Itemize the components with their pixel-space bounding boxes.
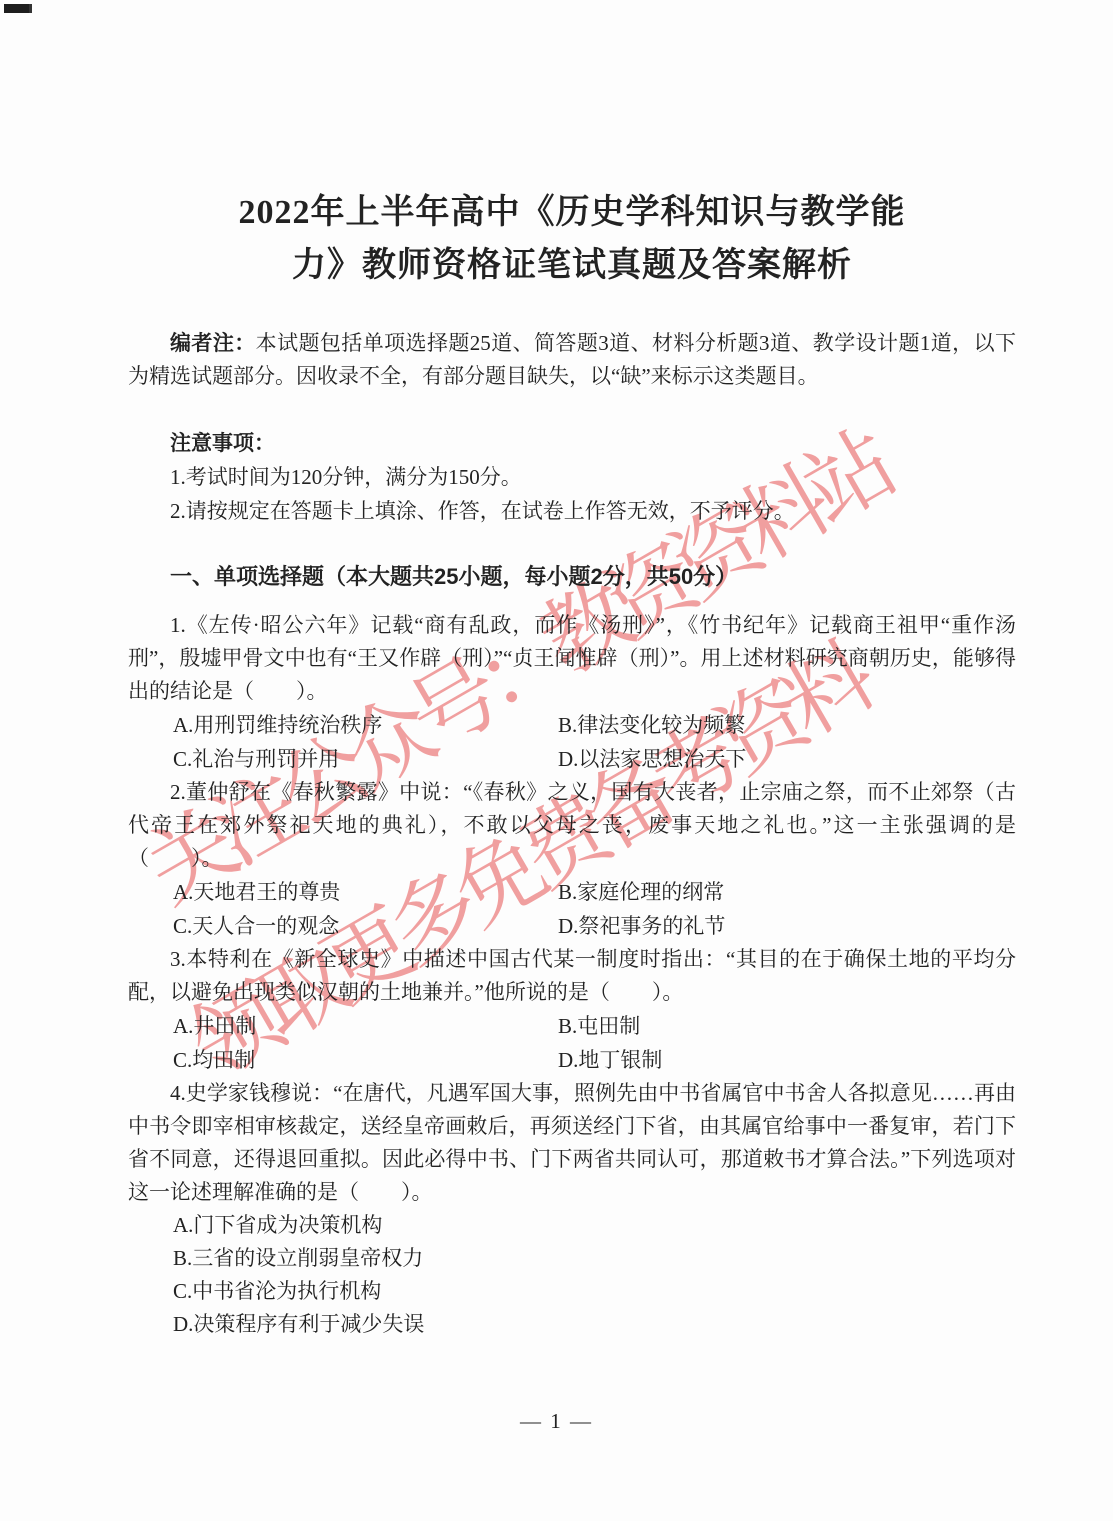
notice-item: 2.请按规定在答题卡上填涂、作答，在试卷上作答无效，不予评分。	[128, 494, 1016, 528]
question-3: 3.本特利在《新全球史》中描述中国古代某一制度时指出：“其目的在于确保土地的平均…	[128, 943, 1016, 1077]
section-heading: 一、单项选择题（本大题共25小题，每小题2分，共50分）	[128, 560, 1016, 593]
scanned-exam-page: 关注公众号：教资资料站 领取更多免费备考资料 2022年上半年高中《历史学科知识…	[0, 0, 1113, 1521]
option-d: D.地丁银制	[558, 1043, 662, 1077]
question-3-stem: 3.本特利在《新全球史》中描述中国古代某一制度时指出：“其目的在于确保土地的平均…	[128, 943, 1016, 1009]
question-2-stem: 2.董仲舒在《春秋繁露》中说：“《春秋》之义，国有大丧者，止宗庙之祭，而不止郊祭…	[128, 776, 1016, 875]
question-4: 4.史学家钱穆说：“在唐代，凡遇军国大事，照例先由中书省属官中书舍人各拟意见………	[128, 1077, 1016, 1341]
option-a: A.井田制	[173, 1009, 558, 1043]
question-1-stem: 1.《左传·昭公六年》记载“商有乱政，而作《汤刑》”，《竹书纪年》记载商王祖甲“…	[128, 609, 1016, 708]
question-1-options-row-1: A.用刑罚维持统治秩序 B.律法变化较为频繁	[128, 708, 1016, 742]
notice-item: 1.考试时间为120分钟，满分为150分。	[128, 460, 1016, 494]
question-3-options-row-2: C.均田制 D.地丁银制	[128, 1043, 1016, 1077]
option-d: D.决策程序有利于减少失误	[128, 1308, 1016, 1341]
option-a: A.用刑罚维持统治秩序	[173, 708, 558, 742]
option-b: B.家庭伦理的纲常	[558, 875, 724, 909]
scan-corner-mark	[4, 4, 32, 13]
option-d: D.祭祀事务的礼节	[558, 909, 725, 943]
editor-note-label: 编者注：	[170, 332, 256, 355]
editor-note-text: 本试题包括单项选择题25道、简答题3道、材料分析题3道、教学设计题1道，以下为精…	[128, 331, 1016, 388]
option-c: C.均田制	[173, 1043, 558, 1077]
question-4-stem: 4.史学家钱穆说：“在唐代，凡遇军国大事，照例先由中书省属官中书舍人各拟意见………	[128, 1077, 1016, 1209]
option-b: B.律法变化较为频繁	[558, 708, 745, 742]
question-1: 1.《左传·昭公六年》记载“商有乱政，而作《汤刑》”，《竹书纪年》记载商王祖甲“…	[128, 609, 1016, 776]
question-2-options-row-1: A.天地君王的尊贵 B.家庭伦理的纲常	[128, 875, 1016, 909]
notice-section: 注意事项： 1.考试时间为120分钟，满分为150分。 2.请按规定在答题卡上填…	[128, 427, 1016, 528]
option-d: D.以法家思想治天下	[558, 742, 746, 776]
document-title: 2022年上半年高中《历史学科知识与教学能 力》教师资格证笔试真题及答案解析	[128, 186, 1016, 292]
option-b: B.屯田制	[558, 1009, 640, 1043]
option-c: C.天人合一的观念	[173, 909, 558, 943]
page-number: — 1 —	[0, 1406, 1113, 1436]
title-line-1: 2022年上半年高中《历史学科知识与教学能	[239, 194, 906, 231]
option-b: B.三省的设立削弱皇帝权力	[128, 1242, 1016, 1275]
option-c: C.礼治与刑罚并用	[173, 742, 558, 776]
question-2: 2.董仲舒在《春秋繁露》中说：“《春秋》之义，国有大丧者，止宗庙之祭，而不止郊祭…	[128, 776, 1016, 943]
option-c: C.中书省沦为执行机构	[128, 1275, 1016, 1308]
question-2-options-row-2: C.天人合一的观念 D.祭祀事务的礼节	[128, 909, 1016, 943]
option-a: A.门下省成为决策机构	[128, 1209, 1016, 1242]
question-3-options-row-1: A.井田制 B.屯田制	[128, 1009, 1016, 1043]
option-a: A.天地君王的尊贵	[173, 875, 558, 909]
editor-note: 编者注：本试题包括单项选择题25道、简答题3道、材料分析题3道、教学设计题1道，…	[128, 327, 1016, 393]
question-1-options-row-2: C.礼治与刑罚并用 D.以法家思想治天下	[128, 742, 1016, 776]
notice-heading: 注意事项：	[128, 427, 1016, 460]
document-body: 2022年上半年高中《历史学科知识与教学能 力》教师资格证笔试真题及答案解析 编…	[128, 0, 1016, 1341]
title-line-2: 力》教师资格证笔试真题及答案解析	[292, 247, 852, 284]
